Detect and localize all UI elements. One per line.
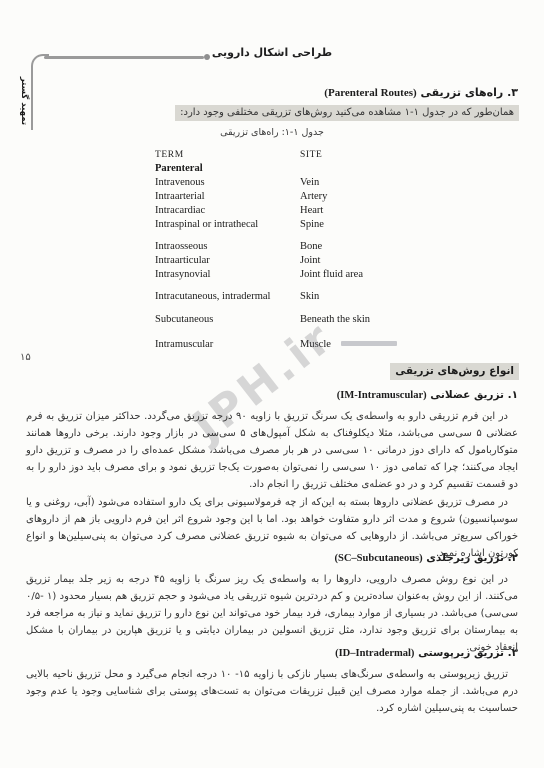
method-paragraph: در این نوع روش مصرف دارویی، داروها را به… — [26, 571, 518, 656]
table-col-term: TERM — [155, 148, 300, 162]
header-corner-rule — [31, 54, 49, 130]
table-row: Subcutaneous Beneath the skin — [155, 313, 485, 327]
site-cell: Beneath the skin — [300, 313, 485, 327]
term-cell: Intramuscular — [155, 338, 300, 352]
table-row: Intraarticular Joint — [155, 254, 485, 268]
table-header-row: TERM SITE — [155, 148, 485, 162]
header-rule — [44, 56, 204, 59]
method-paragraph: تزریق زیرپوستی به واسطه‌ی سرنگ‌های بسیار… — [26, 666, 518, 717]
site-cell: Vein — [300, 176, 485, 190]
table-group-label: Parenteral — [155, 162, 300, 176]
table-row: Intravenous Vein — [155, 176, 485, 190]
table-row: Intraspinal or intrathecal Spine — [155, 218, 485, 232]
table-row: Intracardiac Heart — [155, 204, 485, 218]
site-cell: Heart — [300, 204, 485, 218]
site-cell: Artery — [300, 190, 485, 204]
table-row: Intraarterial Artery — [155, 190, 485, 204]
header-bullet-icon — [204, 54, 210, 60]
section-heading-fa: ۳. راه‌های تزریقی — [421, 86, 518, 99]
term-cell: Intracutaneous, intradermal — [155, 290, 300, 304]
site-cell: Joint fluid area — [300, 268, 485, 282]
method-title-subcutaneous: ۲. تزریق زیرجلدی (SC–Subcutaneous) — [335, 552, 519, 564]
section-heading-en: (Parenteral Routes) — [324, 87, 416, 99]
method-title-intramuscular: ۱. تزریق عضلانی (IM-Intramuscular) — [337, 389, 518, 401]
term-cell: Intravenous — [155, 176, 300, 190]
site-cell: Joint — [300, 254, 485, 268]
table-row: Intracutaneous, intradermal Skin — [155, 290, 485, 304]
table-row: Intrasynovial Joint fluid area — [155, 268, 485, 282]
intro-highlight: همان‌طور که در جدول ۱-۱ مشاهده می‌کنید ر… — [175, 105, 519, 121]
method-paragraph: در این فرم تزریقی دارو به واسطه‌ی یک سرن… — [26, 408, 518, 493]
site-cell: Muscle — [300, 338, 485, 352]
page-number: ۱۵ — [20, 352, 31, 363]
table-caption: جدول ۱-۱: راه‌های تزریقی — [0, 127, 544, 138]
term-cell: Intraspinal or intrathecal — [155, 218, 300, 232]
table-group-row: Parenteral — [155, 162, 485, 176]
term-cell: Intrasynovial — [155, 268, 300, 282]
method-title-intradermal: ۳. تزریق زیرپوستی (ID–Intradermal) — [335, 647, 518, 659]
term-cell: Subcutaneous — [155, 313, 300, 327]
site-cell: Spine — [300, 218, 485, 232]
table-row: Intraosseous Bone — [155, 240, 485, 254]
table-col-site: SITE — [300, 148, 485, 162]
table-row: Intramuscular Muscle — [155, 338, 485, 352]
routes-table: TERM SITE Parenteral Intravenous Vein In… — [155, 148, 485, 352]
site-cell: Skin — [300, 290, 485, 304]
term-cell: Intraarticular — [155, 254, 300, 268]
site-cell: Bone — [300, 240, 485, 254]
section-heading-parenteral: ۳. راه‌های تزریقی (Parenteral Routes) — [324, 86, 518, 99]
term-cell: Intraarterial — [155, 190, 300, 204]
methods-section-heading: انواع روش‌های تزریقی — [390, 363, 519, 380]
term-cell: Intracardiac — [155, 204, 300, 218]
term-cell: Intraosseous — [155, 240, 300, 254]
document-page: طراحی اشکال دارویی تمهید گستر ۳. راه‌های… — [0, 0, 544, 768]
highlighter-smudge-mark — [341, 341, 397, 346]
